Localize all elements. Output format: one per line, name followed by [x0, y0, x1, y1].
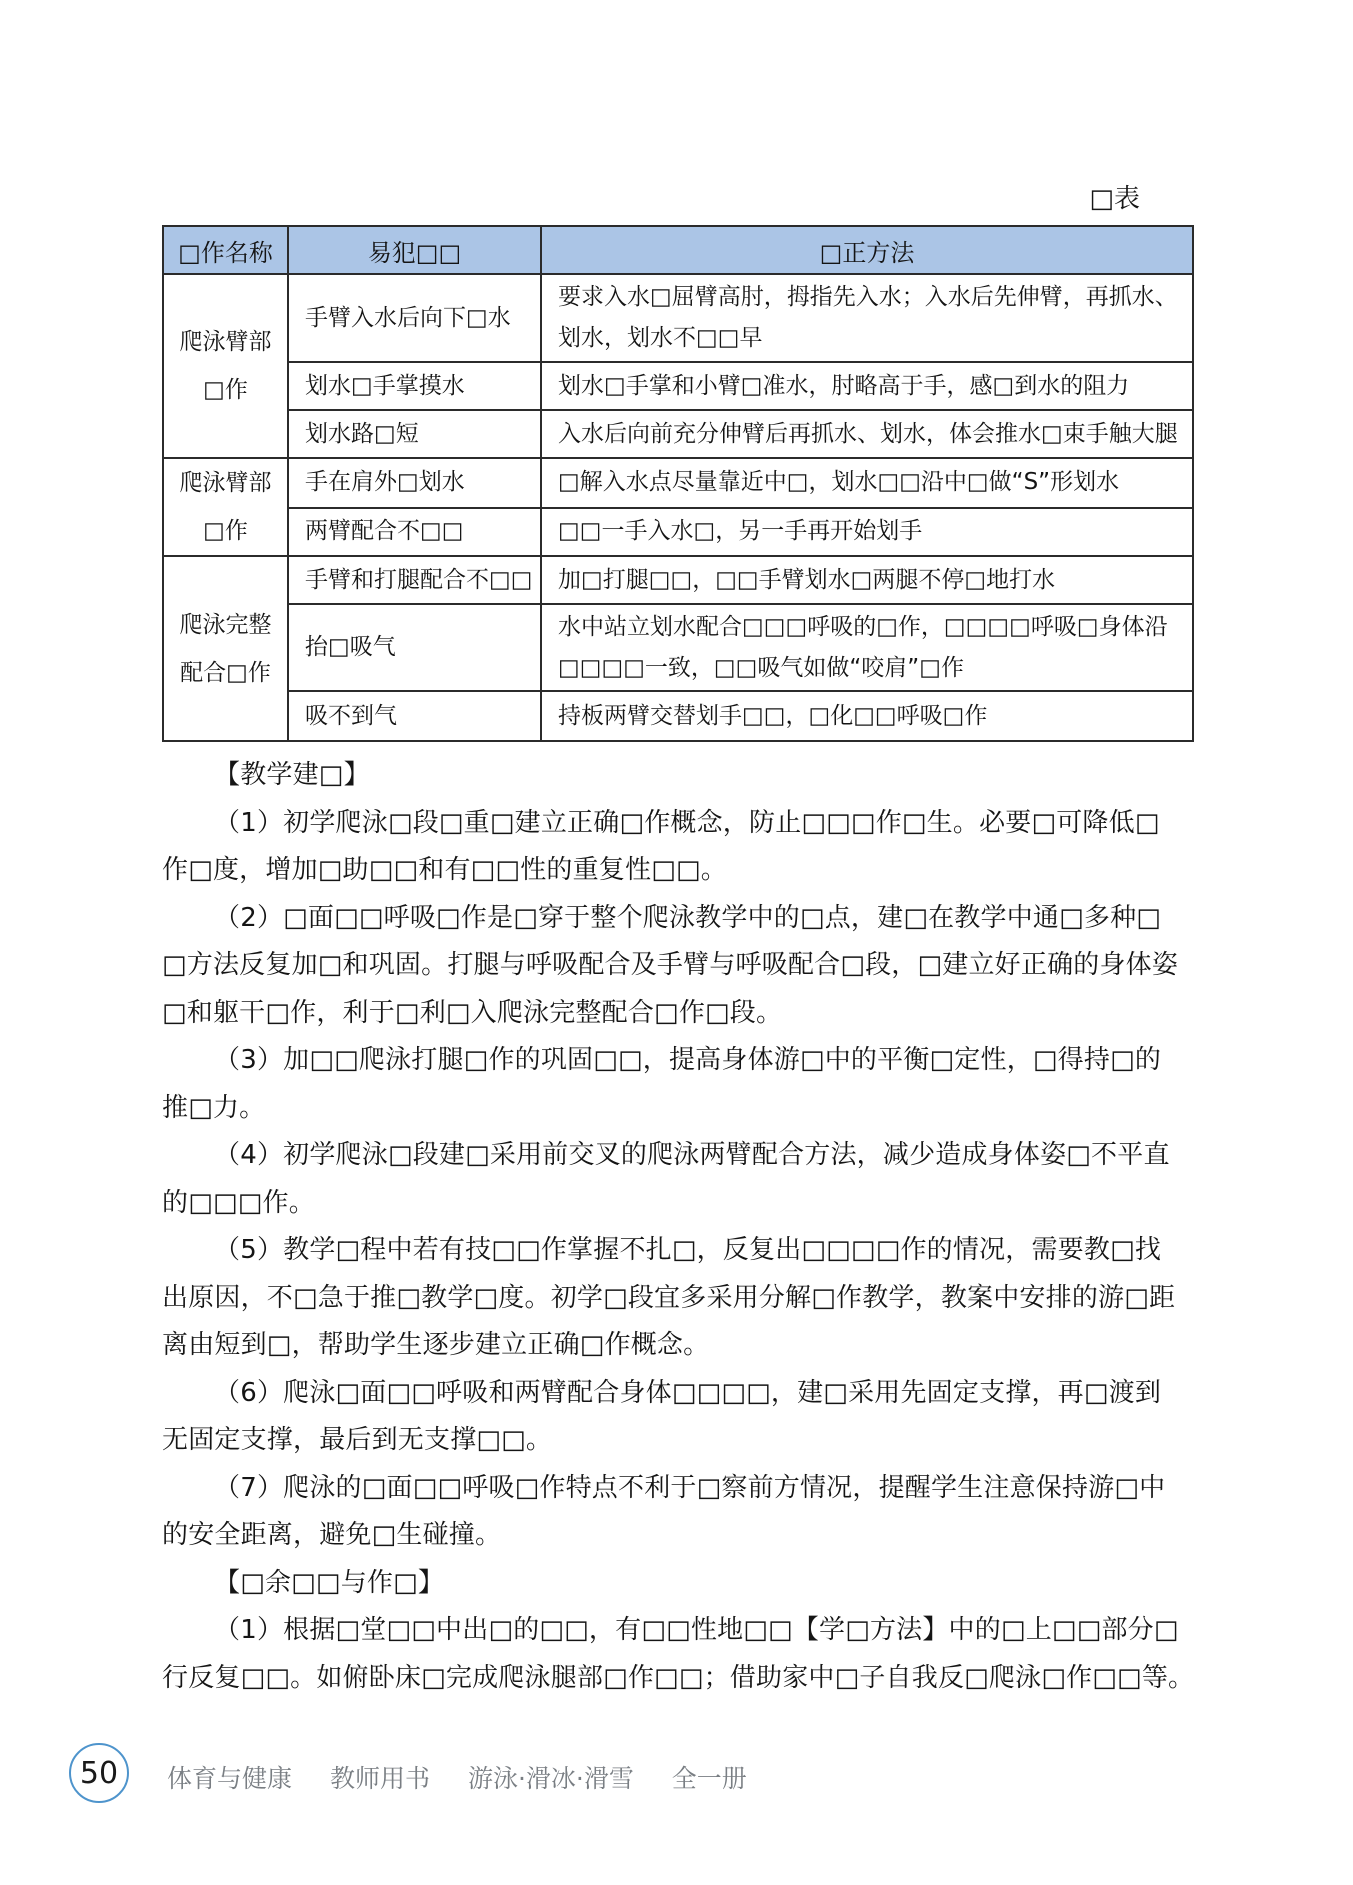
common-errors-table: □作名称 易犯□□ □正方法 爬泳臂部 □作 手臂入水后向下□水 要求入水□屈臂…	[162, 225, 1194, 742]
table-row: 爬泳臂部 □作 手臂入水后向下□水 要求入水□屈臂高肘，拇指先入水；入水后先伸臂…	[163, 274, 1193, 362]
error-cell: 抬□吸气	[288, 604, 541, 691]
body-line: 离由短到□，帮助学生逐步建立正确□作概念。	[162, 1322, 1192, 1370]
table-header-row: □作名称 易犯□□ □正方法	[163, 226, 1193, 274]
error-cell: 吸不到气	[288, 691, 541, 741]
body-line: □方法反复加□和巩固。打腿与呼吸配合及手臂与呼吸配合□段，□建立好正确的身体姿	[162, 942, 1192, 990]
header-common-errors: 易犯□□	[288, 226, 541, 274]
table-row: 吸不到气 持板两臂交替划手□□，□化□□呼吸□作	[163, 691, 1193, 741]
body-text: 【教学建□】 （1）初学爬泳□段□重□建立正确□作概念，防止□□□作□生。必要□…	[162, 752, 1192, 1702]
continued-table-label: □表	[1089, 178, 1140, 215]
footer-series: 体育与健康	[167, 1764, 292, 1793]
fix-cell: 要求入水□屈臂高肘，拇指先入水；入水后先伸臂，再抓水、 划水，划水不□□早	[541, 274, 1193, 362]
table-row: 划水□手掌摸水 划水□手掌和小臂□准水，肘略高于手，感□到水的阻力	[163, 362, 1193, 410]
group-label-arm-action-1: 爬泳臂部 □作	[163, 274, 288, 458]
footer-subjects: 游泳·滑冰·滑雪	[468, 1764, 634, 1793]
error-cell: 划水路□短	[288, 410, 541, 458]
fix-cell: □□一手入水□，另一手再开始划手	[541, 508, 1193, 557]
body-line: （4）初学爬泳□段建□采用前交叉的爬泳两臂配合方法，减少造成身体姿□不平直	[162, 1132, 1192, 1180]
table-row: 划水路□短 入水后向前充分伸臂后再抓水、划水，体会推水□束手触大腿	[163, 410, 1193, 458]
table-row: 两臂配合不□□ □□一手入水□，另一手再开始划手	[163, 508, 1193, 557]
table-row: 爬泳完整 配合□作 手臂和打腿配合不□□ 加□打腿□□，□□手臂划水□两腿不停□…	[163, 556, 1193, 604]
body-line: （5）教学□程中若有技□□作掌握不扎□，反复出□□□□作的情况，需要教□找	[162, 1227, 1192, 1275]
section-heading: 【教学建□】	[162, 752, 1192, 800]
section-heading: 【□余□□与作□】	[162, 1560, 1192, 1608]
body-line: 无固定支撑，最后到无支撑□□。	[162, 1417, 1192, 1465]
body-line: （6）爬泳□面□□呼吸和两臂配合身体□□□□，建□采用先固定支撑，再□渡到	[162, 1370, 1192, 1418]
body-line: （7）爬泳的□面□□呼吸□作特点不利于□察前方情况，提醒学生注意保持游□中	[162, 1465, 1192, 1513]
body-line: □和躯干□作，利于□利□入爬泳完整配合□作□段。	[162, 990, 1192, 1038]
body-line: （1）初学爬泳□段□重□建立正确□作概念，防止□□□作□生。必要□可降低□	[162, 800, 1192, 848]
body-line: 的□□□作。	[162, 1180, 1192, 1228]
footer-book-title: 体育与健康 教师用书 游泳·滑冰·滑雪 全一册	[167, 1759, 747, 1795]
body-line: 推□力。	[162, 1085, 1192, 1133]
fix-cell: □解入水点尽量靠近中□，划水□□沿中□做“S”形划水	[541, 458, 1193, 508]
footer-volume: 全一册	[672, 1764, 747, 1793]
error-cell: 两臂配合不□□	[288, 508, 541, 557]
fix-cell: 划水□手掌和小臂□准水，肘略高于手，感□到水的阻力	[541, 362, 1193, 410]
footer-book-type: 教师用书	[330, 1764, 430, 1793]
error-cell: 手在肩外□划水	[288, 458, 541, 508]
table-row: 抬□吸气 水中站立划水配合□□□呼吸的□作，□□□□呼吸□身体沿 □□□□一致，…	[163, 604, 1193, 691]
fix-cell: 持板两臂交替划手□□，□化□□呼吸□作	[541, 691, 1193, 741]
body-line: 的安全距离，避免□生碰撞。	[162, 1512, 1192, 1560]
page-number-badge: 50	[69, 1743, 129, 1803]
body-line: （2）□面□□呼吸□作是□穿于整个爬泳教学中的□点，建□在教学中通□多种□	[162, 895, 1192, 943]
body-line: （1）根据□堂□□中出□的□□，有□□性地□□【学□方法】中的□上□□部分□	[162, 1607, 1192, 1655]
error-cell: 手臂和打腿配合不□□	[288, 556, 541, 604]
error-cell: 划水□手掌摸水	[288, 362, 541, 410]
book-page: { "continued_label": "□表", "table": { "h…	[0, 0, 1353, 1885]
fix-cell: 水中站立划水配合□□□呼吸的□作，□□□□呼吸□身体沿 □□□□一致，□□吸气如…	[541, 604, 1193, 691]
group-label-arm-action-2: 爬泳臂部 □作	[163, 458, 288, 556]
table-row: 爬泳臂部 □作 手在肩外□划水 □解入水点尽量靠近中□，划水□□沿中□做“S”形…	[163, 458, 1193, 508]
fix-cell: 入水后向前充分伸臂后再抓水、划水，体会推水□束手触大腿	[541, 410, 1193, 458]
body-line: 出原因，不□急于推□教学□度。初学□段宜多采用分解□作教学，教案中安排的游□距	[162, 1275, 1192, 1323]
header-correction-method: □正方法	[541, 226, 1193, 274]
error-cell: 手臂入水后向下□水	[288, 274, 541, 362]
fix-cell: 加□打腿□□，□□手臂划水□两腿不停□地打水	[541, 556, 1193, 604]
body-line: 行反复□□。如俯卧床□完成爬泳腿部□作□□；借助家中□子自我反□爬泳□作□□等。	[162, 1655, 1192, 1703]
body-line: （3）加□□爬泳打腿□作的巩固□□，提高身体游□中的平衡□定性，□得持□的	[162, 1037, 1192, 1085]
group-label-full-coordination: 爬泳完整 配合□作	[163, 556, 288, 741]
body-line: 作□度，增加□助□□和有□□性的重复性□□。	[162, 847, 1192, 895]
header-action-name: □作名称	[163, 226, 288, 274]
